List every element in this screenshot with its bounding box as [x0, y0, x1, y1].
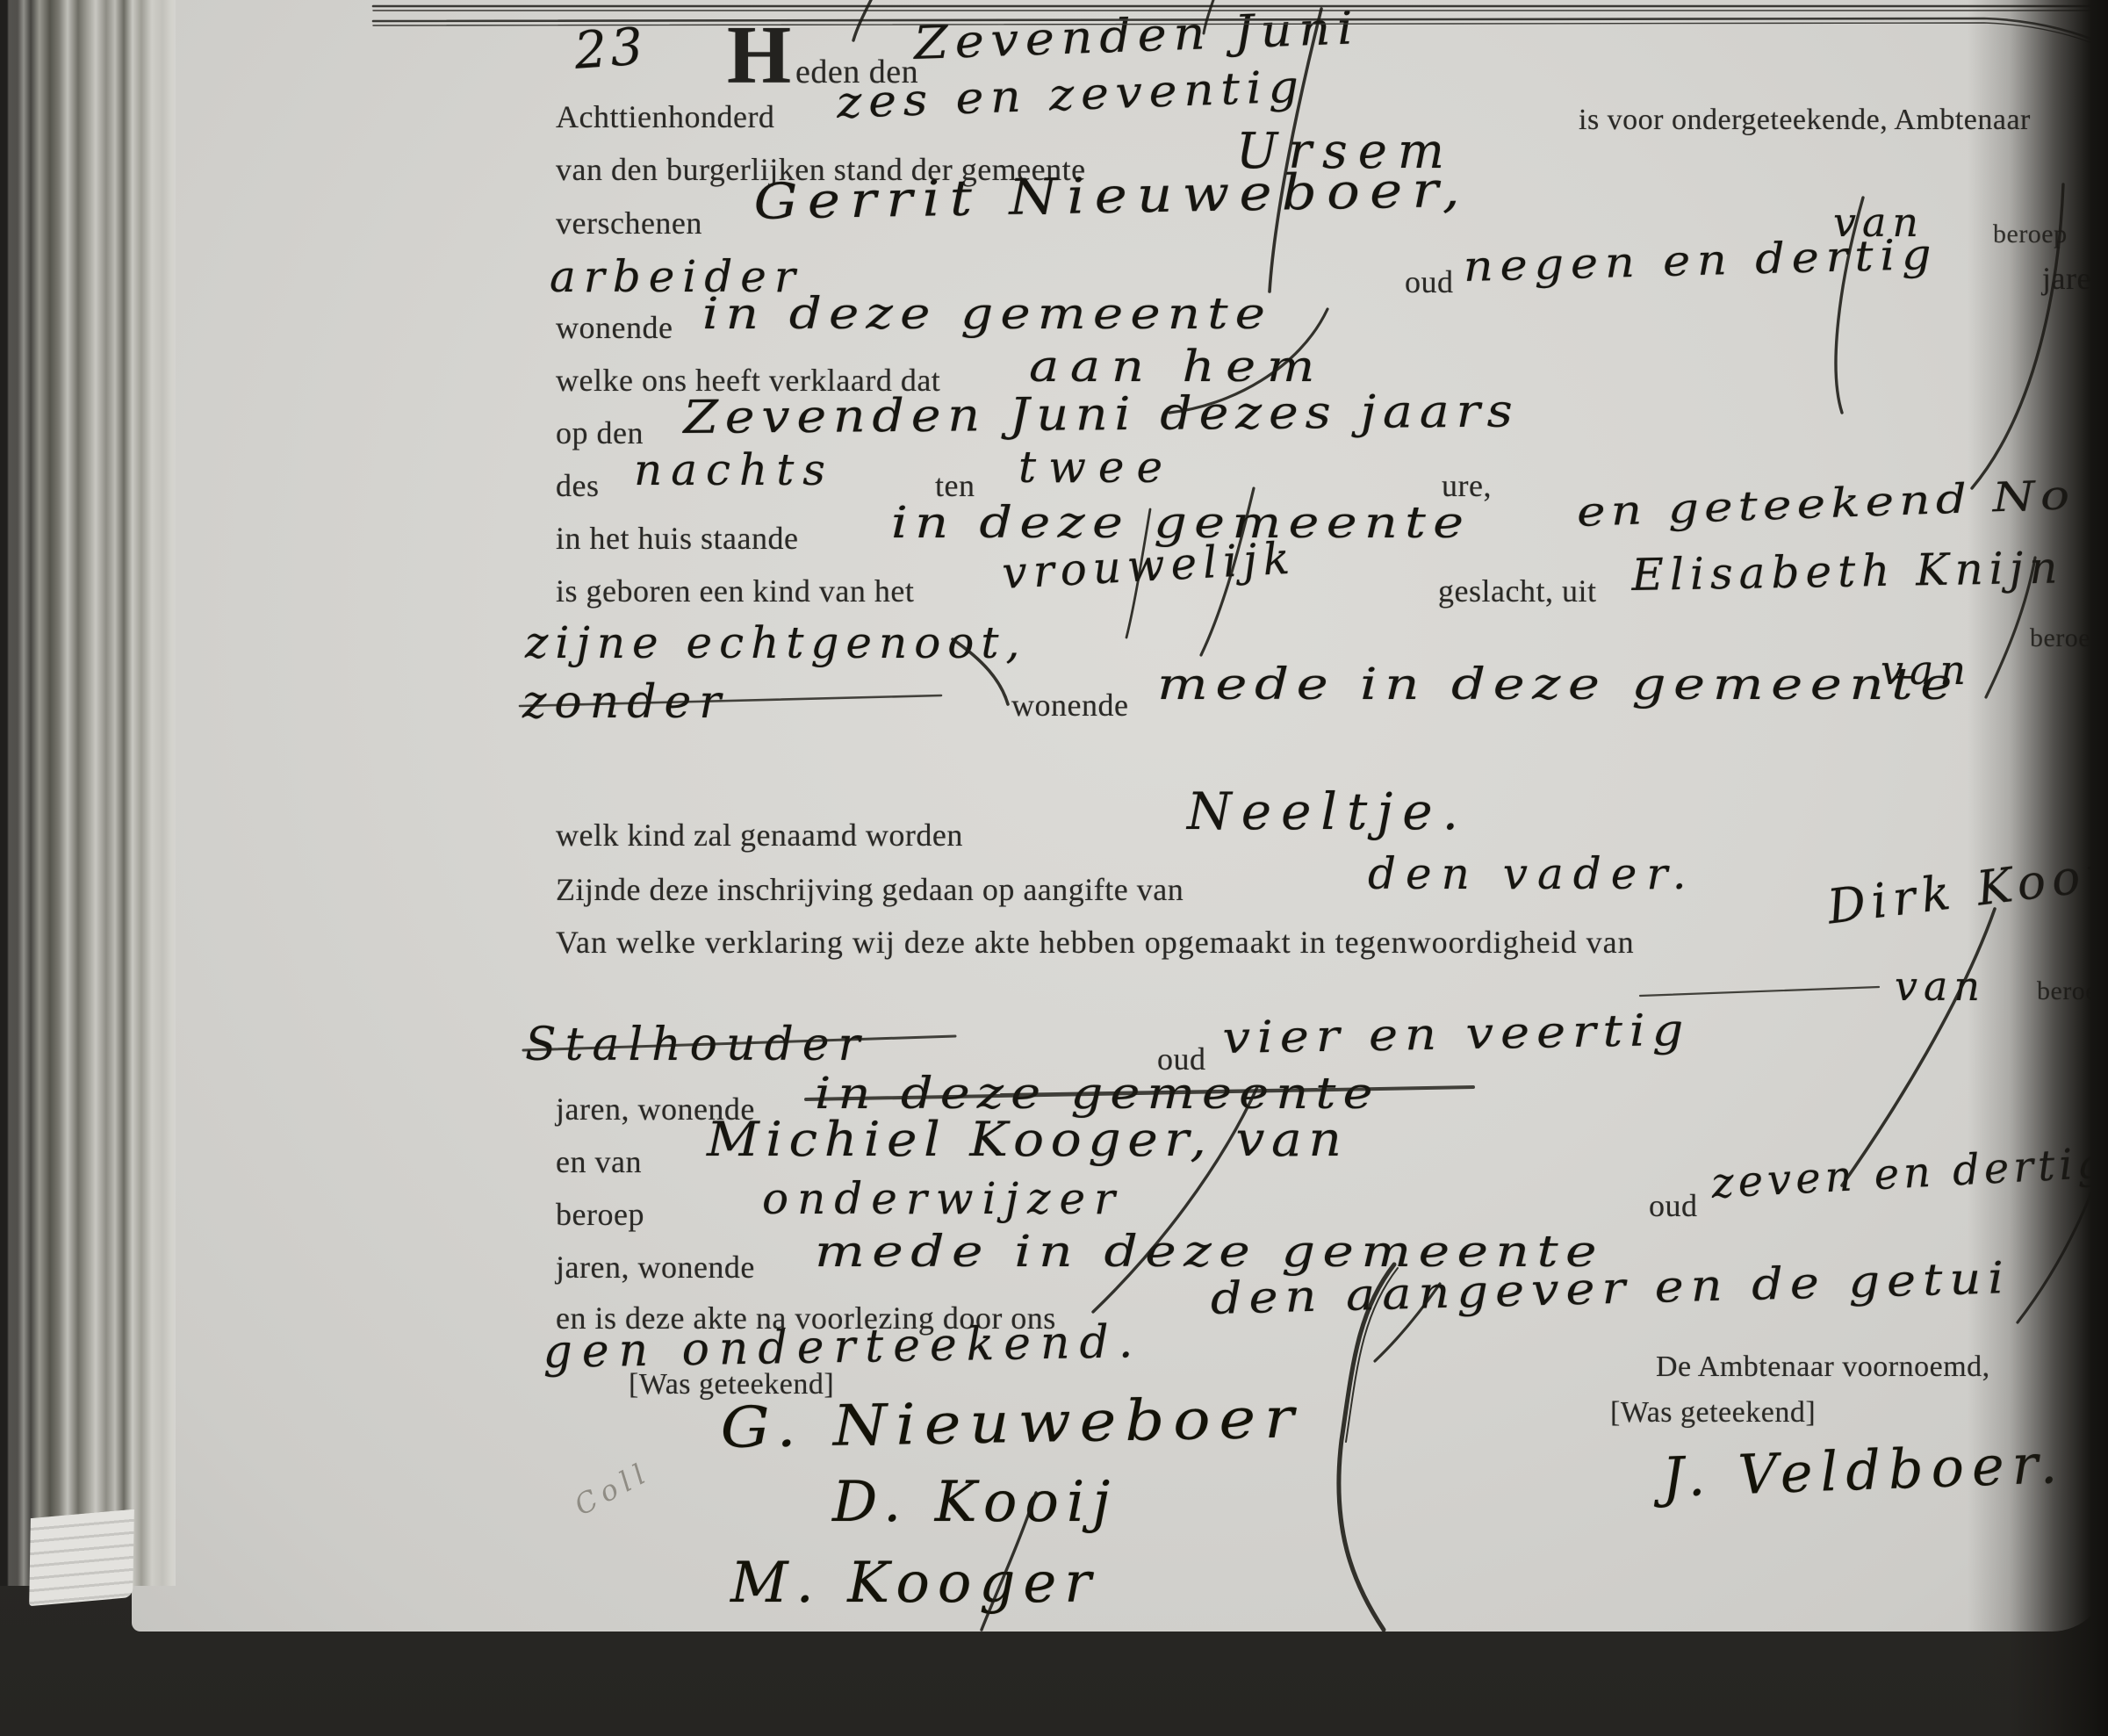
hw-birth-date: Zevenden Juni dezes jaars — [683, 385, 1520, 444]
printed-des: des — [556, 467, 600, 504]
hw-witness2-occupation: onderwijzer — [762, 1173, 1124, 1224]
printed-kind-genaamd: welk kind zal genaamd worden — [556, 817, 963, 854]
printed-ondergeteekende: is voor ondergeteekende, Ambtenaar — [1579, 104, 2031, 137]
hw-witness1-occupation: Stalhouder — [525, 1019, 868, 1071]
printed-geslacht-uit: geslacht, uit — [1438, 573, 1596, 609]
hw-mother-occupation: zonder — [522, 676, 729, 729]
printed-oud-3: oud — [1649, 1187, 1698, 1224]
hw-residence-1: in deze gemeente — [702, 288, 1272, 339]
printed-oud-1: oud — [1405, 263, 1454, 300]
hw-echtgenoot: zijne echtgenoot, — [525, 617, 1026, 668]
printed-wonende-1: wonende — [556, 309, 673, 346]
book-binding-edge — [0, 0, 176, 1586]
scanned-register-page: 23 H eden den Zevenden Juni Achttienhond… — [0, 0, 2108, 1736]
hw-daypart: nachts — [634, 444, 834, 495]
printed-geboren-kind: is geboren een kind van het — [556, 573, 914, 609]
printed-was-geteekend-right: [Was geteekend] — [1610, 1396, 1816, 1430]
hw-witness2-name: Michiel Kooger, van — [707, 1112, 1348, 1167]
printed-verschenen: verschenen — [556, 205, 702, 241]
printed-verklaring: Van welke verklaring wij deze akte hebbe… — [556, 924, 1635, 961]
signature-father: G. Nieuweboer — [720, 1386, 1303, 1461]
printed-en-van: en van — [556, 1143, 642, 1180]
page-edges-bottom-left — [29, 1509, 134, 1607]
printed-beroep-4: beroep — [556, 1196, 644, 1233]
signature-witness2: M. Kooger — [730, 1551, 1099, 1616]
hw-residence-2: mede in deze gemeente — [1157, 659, 1960, 710]
act-number: 23 — [572, 16, 648, 81]
hw-declarant: den vader. — [1368, 848, 1696, 899]
printed-ambtenaar-voornoemd: De Ambtenaar voornoemd, — [1656, 1351, 1990, 1384]
gutter-shadow-right — [1968, 0, 2108, 1736]
printed-achttienhonderd: Achttienhonderd — [556, 98, 774, 135]
signature-witness1: D. Kooij — [832, 1470, 1118, 1535]
printed-aangifte: Zijnde deze inschrijving gedaan op aangi… — [556, 871, 1184, 908]
printed-op-den: op den — [556, 414, 644, 451]
hw-aan-hem: aan hem — [1029, 341, 1326, 392]
printed-jaren-wonende-2: jaren, wonende — [556, 1249, 755, 1286]
printed-huis-staande: in het huis staande — [556, 520, 798, 557]
hw-hour: twee — [1018, 442, 1175, 493]
hw-child-name: Neeltje. — [1187, 782, 1468, 841]
dropcap-h: H — [727, 23, 792, 89]
printed-wonende-2: wonende — [1011, 687, 1128, 724]
hw-witness1-age: vier en veertig — [1222, 1005, 1691, 1063]
